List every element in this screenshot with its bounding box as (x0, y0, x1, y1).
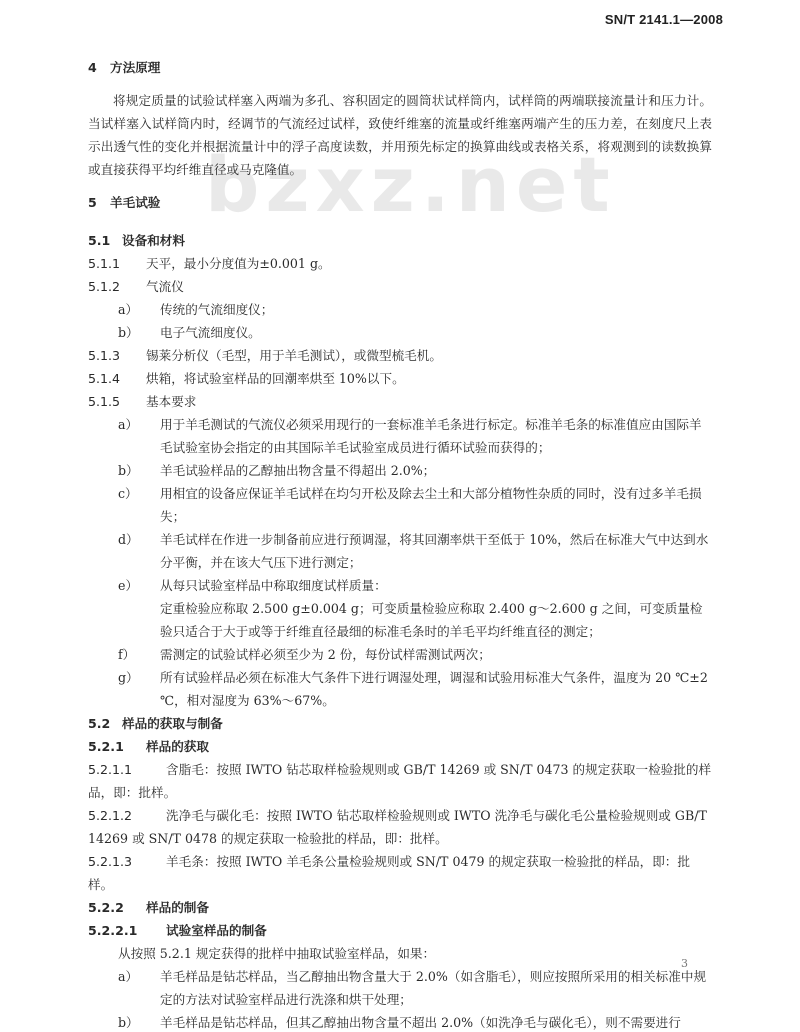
list-item: a）羊毛样品是钻芯样品，当乙醇抽出物含量大于 2.0%（如含脂毛），则应按照所采… (88, 965, 712, 1011)
section-5-2-2-heading: 5.2.2样品的制备 (88, 896, 712, 919)
list-text: 羊毛试样在作进一步制备前应进行预调湿，将其回潮率烘干至低于 10%，然后在标准大… (118, 528, 712, 574)
section-5-2-heading: 5.2样品的获取与制备 (88, 712, 712, 735)
clause-5-1-3: 5.1.3锡莱分析仪（毛型，用于羊毛测试），或微型梳毛机。 (88, 344, 712, 367)
clause-number: 5.2.1.2 (88, 804, 166, 827)
list-label: b） (118, 321, 158, 344)
clause-number: 5.1.4 (88, 367, 146, 390)
clause-text: 含脂毛：按照 IWTO 钻芯取样检验规则或 GB/T 14269 或 SN/T … (88, 762, 711, 800)
list-continuation: 定重检验应称取 2.500 g±0.004 g；可变质量检验应称取 2.400 … (118, 597, 712, 643)
document-page: SN/T 2141.1—2008 bzxz.net 4方法原理 将规定质量的试验… (0, 0, 800, 1032)
section-title: 方法原理 (110, 60, 160, 75)
section-5-2-1-heading: 5.2.1样品的获取 (88, 735, 712, 758)
clause-number: 5.1.1 (88, 252, 146, 275)
clause-number: 5.1.2 (88, 275, 146, 298)
list-text: 用于羊毛测试的气流仪必须采用现行的一套标准羊毛条进行标定。标准羊毛条的标准值应由… (118, 413, 712, 459)
section-title: 样品的制备 (146, 900, 209, 915)
list-label: g） (118, 666, 158, 689)
clause-number: 5.2.1.3 (88, 850, 166, 873)
clause-5-1-4: 5.1.4烘箱，将试验室样品的回潮率烘至 10%以下。 (88, 367, 712, 390)
section-number: 5.1 (88, 229, 122, 252)
section-title: 试验室样品的制备 (166, 923, 267, 938)
list-label: a） (118, 298, 158, 321)
clause-text: 羊毛条：按照 IWTO 羊毛条公量检验规则或 SN/T 0479 的规定获取一检… (88, 854, 690, 892)
list-item: g）所有试验样品必须在标准大气条件下进行调湿处理，调湿和试验用标准大气条件，温度… (88, 666, 712, 712)
list-label: f） (118, 643, 158, 666)
list-item: a）传统的气流细度仪； (88, 298, 712, 321)
section-title: 设备和材料 (122, 233, 185, 248)
clause-5-2-1-2: 5.2.1.2洗净毛与碳化毛：按照 IWTO 钻芯取样检验规则或 IWTO 洗净… (88, 804, 712, 850)
list-text: 所有试验样品必须在标准大气条件下进行调湿处理，调湿和试验用标准大气条件，温度为 … (118, 666, 712, 712)
clause-text: 气流仪 (146, 279, 184, 294)
list-item: c）用相宜的设备应保证羊毛试样在均匀开松及除去尘土和大部分植物性杂质的同时，没有… (88, 482, 712, 528)
section-number: 5.2 (88, 712, 122, 735)
clause-5-1-1: 5.1.1天平，最小分度值为±0.001 g。 (88, 252, 712, 275)
clause-5-2-1-1: 5.2.1.1含脂毛：按照 IWTO 钻芯取样检验规则或 GB/T 14269 … (88, 758, 712, 804)
list-text: 从每只试验室样品中称取细度试样质量： (118, 574, 712, 597)
section-number: 5.2.2 (88, 896, 146, 919)
list-text: 需测定的试验试样必须至少为 2 份，每份试样需测试两次； (118, 643, 712, 666)
clause-text: 烘箱，将试验室样品的回潮率烘至 10%以下。 (146, 371, 405, 386)
section-4-paragraph: 将规定质量的试验试样塞入两端为多孔、容积固定的圆筒状试样筒内，试样筒的两端联接流… (88, 89, 712, 181)
clause-text: 洗净毛与碳化毛：按照 IWTO 钻芯取样检验规则或 IWTO 洗净毛与碳化毛公量… (88, 808, 707, 846)
list-text: 羊毛试验样品的乙醇抽出物含量不得超出 2.0%； (118, 459, 712, 482)
section-5-1-heading: 5.1设备和材料 (88, 229, 712, 252)
list-item: e）从每只试验室样品中称取细度试样质量： 定重检验应称取 2.500 g±0.0… (88, 574, 712, 643)
clause-number: 5.2.1.1 (88, 758, 166, 781)
clause-intro: 从按照 5.2.1 规定获得的批样中抽取试验室样品，如果： (88, 942, 712, 965)
list-label: a） (118, 413, 158, 436)
clause-text: 锡莱分析仪（毛型，用于羊毛测试），或微型梳毛机。 (146, 348, 442, 363)
list-text: 羊毛样品是钻芯样品，但其乙醇抽出物含量不超出 2.0%（如洗净毛与碳化毛），则不… (118, 1011, 712, 1032)
list-label: c） (118, 482, 158, 505)
document-body: 4方法原理 将规定质量的试验试样塞入两端为多孔、容积固定的圆筒状试样筒内，试样筒… (88, 56, 712, 1032)
list-item: f）需测定的试验试样必须至少为 2 份，每份试样需测试两次； (88, 643, 712, 666)
clause-text: 天平，最小分度值为±0.001 g。 (146, 256, 331, 271)
clause-text: 基本要求 (146, 394, 196, 409)
list-label: b） (118, 1011, 158, 1032)
section-5-2-2-1-heading: 5.2.2.1试验室样品的制备 (88, 919, 712, 942)
list-item: b）电子气流细度仪。 (88, 321, 712, 344)
standard-code: SN/T 2141.1—2008 (605, 12, 723, 27)
clause-5-1-5: 5.1.5基本要求 (88, 390, 712, 413)
list-label: a） (118, 965, 158, 988)
clause-number: 5.1.5 (88, 390, 146, 413)
clause-5-1-2: 5.1.2气流仪 (88, 275, 712, 298)
list-label: b） (118, 459, 158, 482)
list-item: d）羊毛试样在作进一步制备前应进行预调湿，将其回潮率烘干至低于 10%，然后在标… (88, 528, 712, 574)
list-text: 电子气流细度仪。 (118, 321, 712, 344)
list-item: b）羊毛样品是钻芯样品，但其乙醇抽出物含量不超出 2.0%（如洗净毛与碳化毛），… (88, 1011, 712, 1032)
list-item: b）羊毛试验样品的乙醇抽出物含量不得超出 2.0%； (88, 459, 712, 482)
list-text: 传统的气流细度仪； (118, 298, 712, 321)
clause-5-2-1-3: 5.2.1.3羊毛条：按照 IWTO 羊毛条公量检验规则或 SN/T 0479 … (88, 850, 712, 896)
section-number: 5.2.2.1 (88, 919, 166, 942)
list-text: 羊毛样品是钻芯样品，当乙醇抽出物含量大于 2.0%（如含脂毛），则应按照所采用的… (118, 965, 712, 1011)
list-label: d） (118, 528, 158, 551)
section-number: 5 (88, 191, 110, 214)
section-number: 4 (88, 56, 110, 79)
list-label: e） (118, 574, 158, 597)
section-5-heading: 5羊毛试验 (88, 191, 712, 214)
clause-number: 5.1.3 (88, 344, 146, 367)
section-title: 样品的获取 (146, 739, 209, 754)
section-4-heading: 4方法原理 (88, 56, 712, 79)
section-title: 羊毛试验 (110, 195, 160, 210)
section-number: 5.2.1 (88, 735, 146, 758)
list-text: 用相宜的设备应保证羊毛试样在均匀开松及除去尘土和大部分植物性杂质的同时，没有过多… (118, 482, 712, 528)
section-title: 样品的获取与制备 (122, 716, 223, 731)
list-item: a）用于羊毛测试的气流仪必须采用现行的一套标准羊毛条进行标定。标准羊毛条的标准值… (88, 413, 712, 459)
